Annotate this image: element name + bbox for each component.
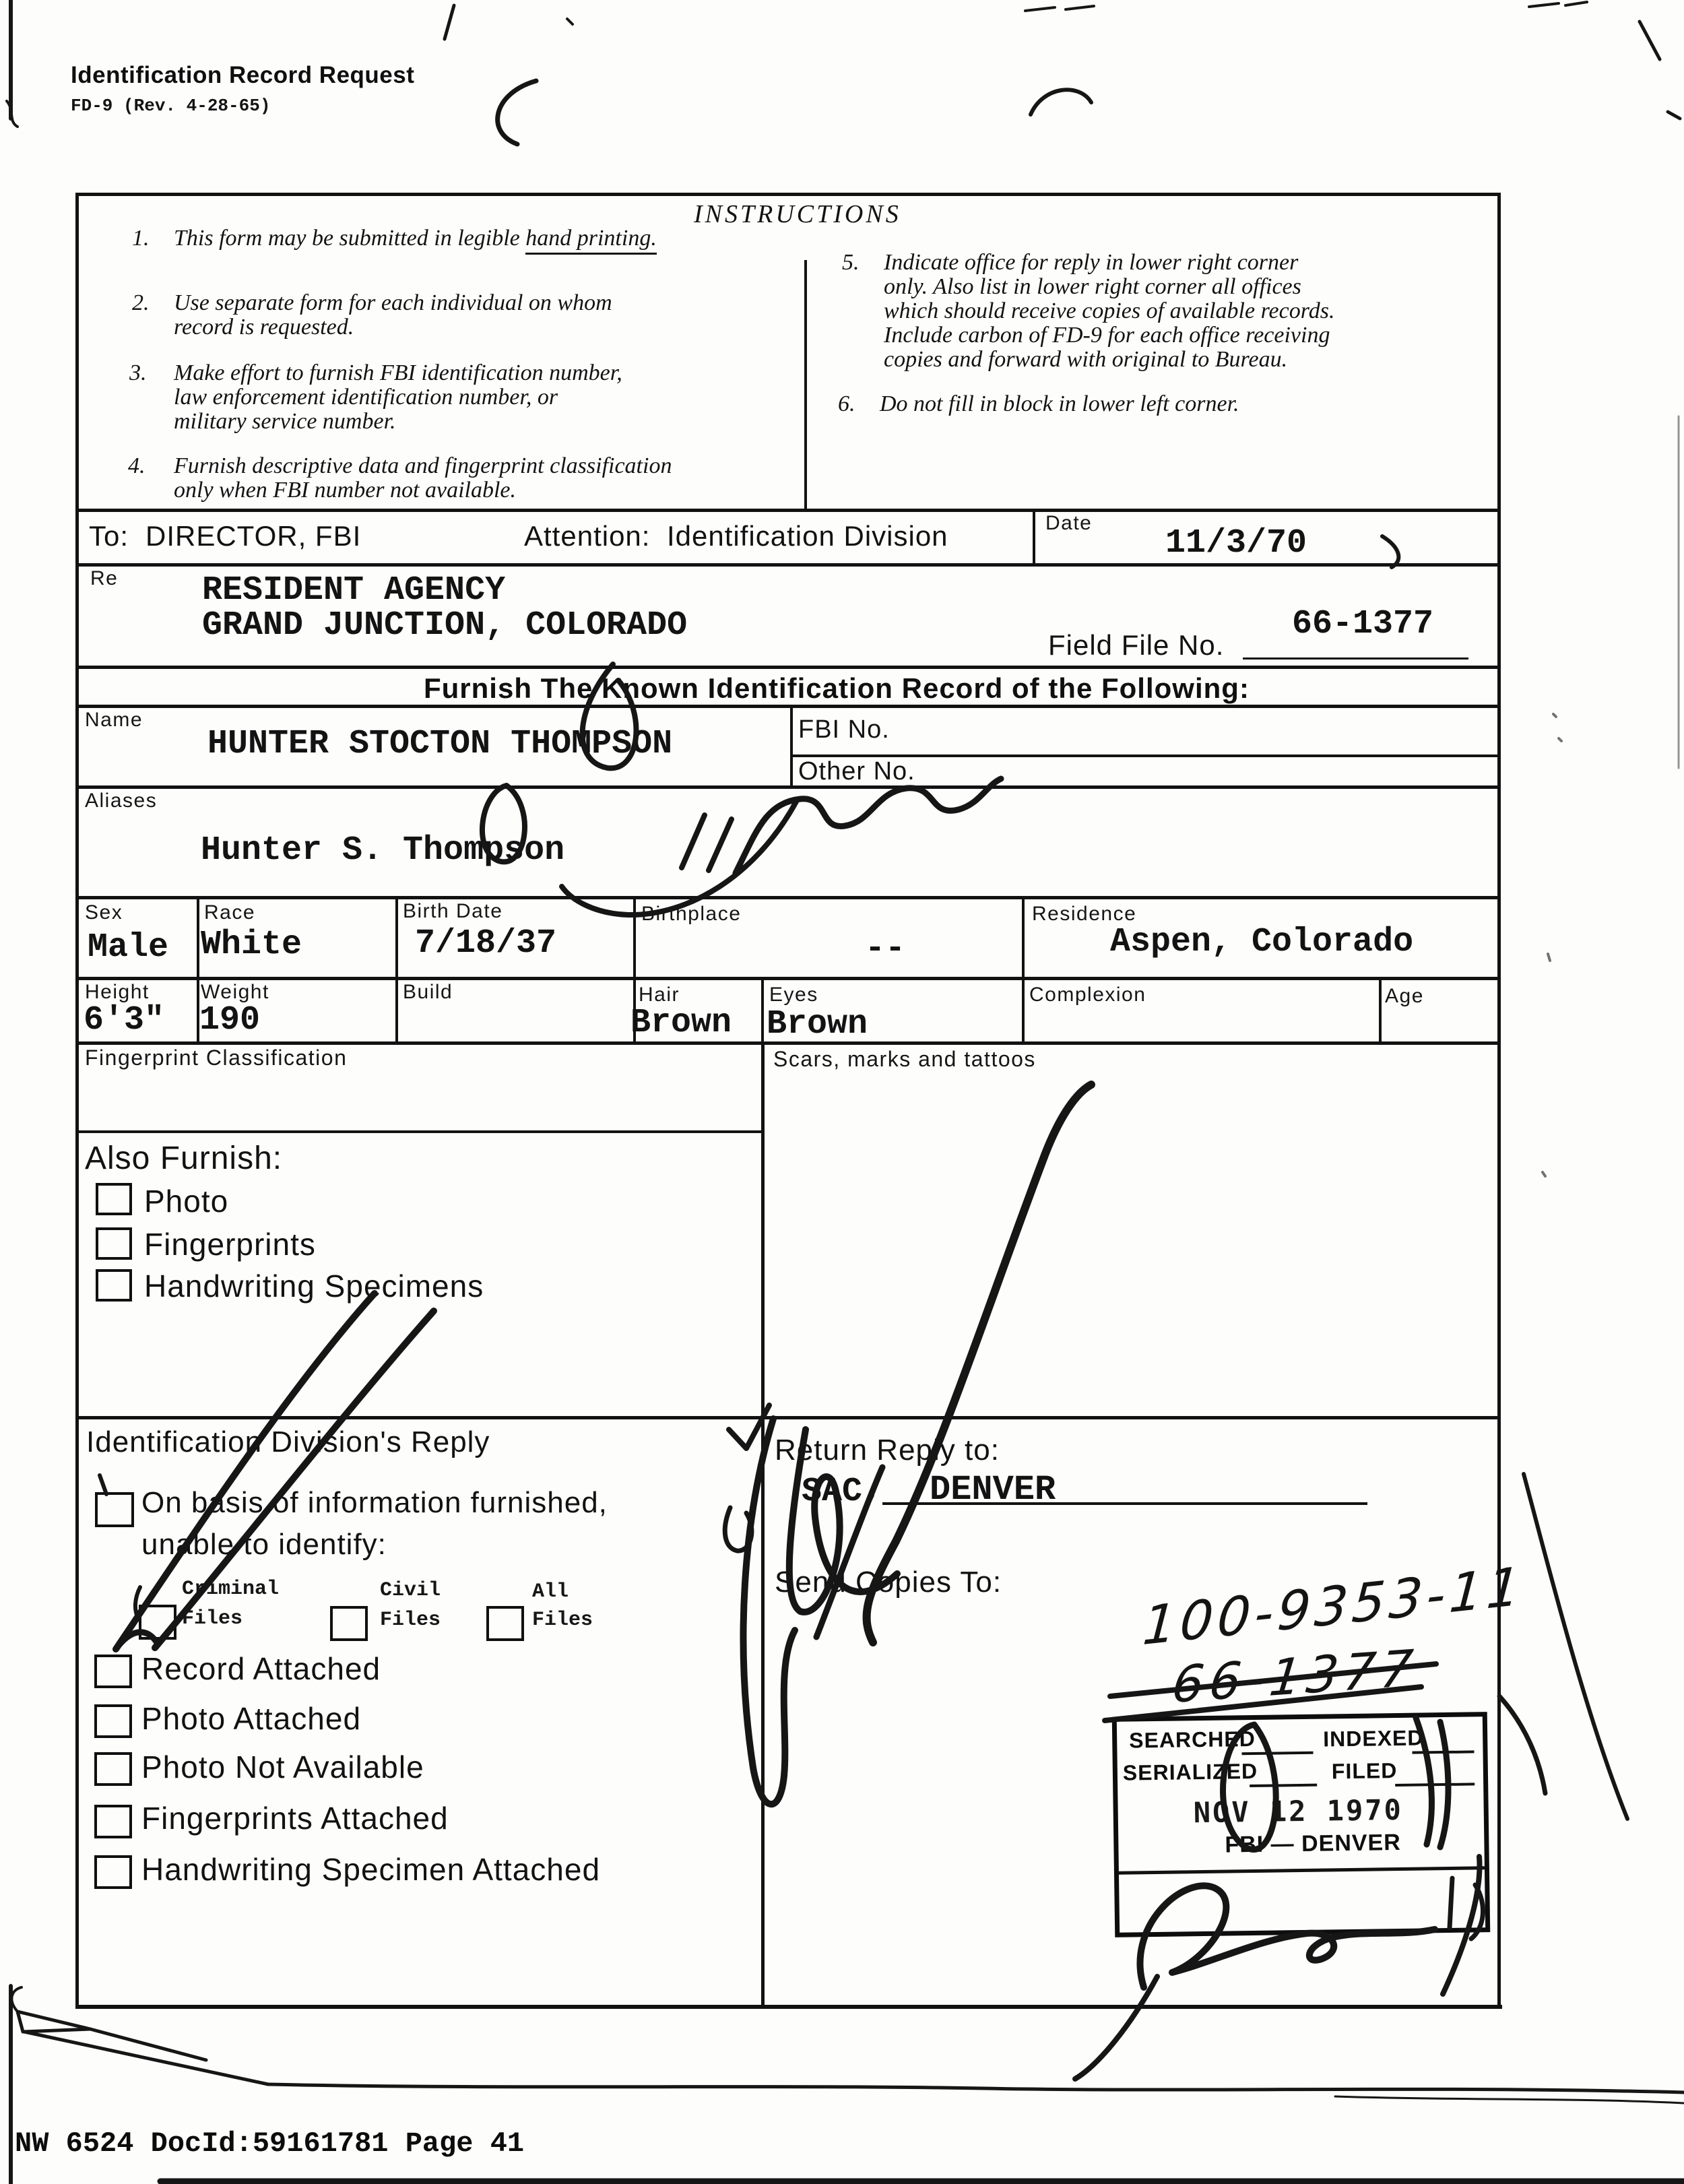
handwritten-file-number: 100-9353-11 bbox=[1140, 1556, 1526, 1658]
signature-jones-tail-left bbox=[1075, 1977, 1157, 2079]
name-cell-divider bbox=[790, 705, 793, 788]
return-reply-label: Return Reply to: bbox=[775, 1434, 1000, 1467]
instruction-1-text: This form may be submitted in legible ha… bbox=[174, 226, 657, 251]
birthplace-residence-divider bbox=[1022, 896, 1025, 978]
fingerprints-checkbox-label: Fingerprints bbox=[144, 1226, 316, 1262]
hair-eyes-divider bbox=[761, 977, 764, 1043]
eyes-value: Brown bbox=[767, 1005, 868, 1043]
residence-label: Residence bbox=[1032, 903, 1136, 926]
complexion-label: Complexion bbox=[1029, 984, 1146, 1006]
pen-long-right-stroke bbox=[1524, 1474, 1627, 1819]
pen-small-loop bbox=[725, 1508, 752, 1551]
to-value: DIRECTOR, FBI bbox=[145, 520, 361, 552]
pen-tick-top bbox=[445, 5, 454, 39]
birthplace-label: Birthplace bbox=[641, 903, 741, 926]
handwriting-specimen-attached-label: Handwriting Specimen Attached bbox=[141, 1851, 600, 1888]
birth-date-label: Birth Date bbox=[403, 900, 503, 923]
pen-long-center-stroke bbox=[867, 1085, 1091, 1642]
field-file-value: 66-1377 bbox=[1292, 605, 1433, 643]
signature-sac-stroke-1 bbox=[744, 1419, 795, 1804]
pen-dot-top bbox=[567, 19, 573, 24]
aliases-row-bottom-border bbox=[75, 896, 1501, 899]
form-border-bottom bbox=[75, 2005, 1502, 2009]
fingerprint-cell-bottom-border bbox=[75, 1130, 764, 1133]
height-row-bottom-border bbox=[75, 1041, 1501, 1045]
instruction-2-number: 2. bbox=[132, 291, 150, 315]
sex-race-divider bbox=[197, 896, 199, 978]
stamp-searched-label: SEARCHED bbox=[1129, 1727, 1256, 1754]
pen-curve-right-of-stamp bbox=[1499, 1696, 1545, 1793]
stamp-filed-label: FILED bbox=[1332, 1758, 1398, 1784]
stamp-filed-line bbox=[1395, 1782, 1475, 1787]
height-value: 6'3" bbox=[84, 1001, 164, 1039]
paper-fold-hook bbox=[11, 1987, 22, 2012]
civil-files-checkbox bbox=[330, 1606, 368, 1641]
send-copies-label: Send Copies To: bbox=[775, 1566, 1002, 1599]
paper-fold-lines bbox=[24, 2029, 268, 2084]
sex-label: Sex bbox=[85, 901, 123, 924]
instructions-divider bbox=[804, 260, 807, 510]
all-label: All bbox=[532, 1580, 569, 1603]
name-value: HUNTER STOCTON THOMPSON bbox=[207, 725, 672, 763]
name-label: Name bbox=[85, 709, 143, 732]
stamp-inner-line bbox=[1119, 1866, 1485, 1875]
aliases-value: Hunter S. Thompson bbox=[201, 831, 564, 870]
instruction-4-number: 4. bbox=[128, 454, 145, 478]
instruction-3-number: 3. bbox=[129, 361, 147, 385]
record-attached-label: Record Attached bbox=[141, 1650, 381, 1687]
instruction-6-text: Do not fill in block in lower left corne… bbox=[880, 392, 1239, 416]
re-label: Re bbox=[90, 567, 118, 590]
instruction-4-text: Furnish descriptive data and fingerprint… bbox=[174, 454, 672, 503]
sac-value: SAC, bbox=[802, 1473, 882, 1511]
fingerprints-checkbox bbox=[96, 1227, 132, 1260]
to-label: To: bbox=[89, 520, 129, 552]
birthplace-value: -- bbox=[865, 930, 905, 968]
eyes-label: Eyes bbox=[769, 984, 818, 1006]
photo-checkbox-label: Photo bbox=[144, 1183, 228, 1219]
instruction-5-text: Indicate office for reply in lower right… bbox=[884, 251, 1334, 372]
photo-attached-label: Photo Attached bbox=[141, 1700, 361, 1737]
all-files-label: Files bbox=[532, 1609, 593, 1632]
banner-bottom-border bbox=[75, 705, 1501, 708]
handwriting-specimens-checkbox-label: Handwriting Specimens bbox=[144, 1268, 484, 1304]
birthdate-birthplace-divider bbox=[633, 896, 636, 978]
age-label: Age bbox=[1385, 985, 1424, 1008]
paper-bottom-edge-2 bbox=[1335, 2096, 1684, 2103]
handwriting-specimen-attached-checkbox bbox=[94, 1855, 132, 1889]
criminal-files-label: Files bbox=[182, 1607, 242, 1630]
center-column-divider bbox=[761, 1041, 765, 2008]
instruction-1-underlined: hand printing. bbox=[525, 226, 657, 255]
stamp-office: FBI — DENVER bbox=[1225, 1830, 1401, 1859]
stamp-serialized-label: SERIALIZED bbox=[1123, 1759, 1258, 1786]
pen-arc-top-left bbox=[498, 81, 536, 144]
photo-checkbox bbox=[96, 1183, 132, 1215]
instruction-1-pre: This form may be submitted in legible bbox=[174, 226, 525, 251]
attention-value: Identification Division bbox=[667, 520, 948, 552]
field-file-label: Field File No. bbox=[1048, 629, 1224, 662]
name-row-bottom-border bbox=[75, 785, 1501, 789]
instruction-6-number: 6. bbox=[838, 392, 855, 416]
photo-not-available-label: Photo Not Available bbox=[141, 1749, 424, 1785]
aliases-label: Aliases bbox=[85, 790, 157, 812]
scars-label: Scars, marks and tattoos bbox=[773, 1047, 1036, 1072]
criminal-files-checkbox bbox=[139, 1605, 176, 1640]
form-border-left bbox=[75, 193, 79, 2008]
footer-doc-id: NW 6524 DocId:59161781 Page 41 bbox=[15, 2127, 524, 2160]
reply-section-top-border bbox=[75, 1416, 1501, 1419]
date-cell-divider bbox=[1033, 509, 1035, 566]
scan-specks-right bbox=[1543, 714, 1561, 1176]
build-label: Build bbox=[403, 981, 453, 1004]
stamp-searched-line bbox=[1241, 1752, 1313, 1755]
form-border-top bbox=[75, 193, 1501, 196]
on-basis-checkbox bbox=[95, 1492, 134, 1527]
also-furnish-title: Also Furnish: bbox=[85, 1140, 282, 1177]
reply-title: Identification Division's Reply bbox=[86, 1425, 490, 1459]
record-attached-checkbox bbox=[94, 1655, 132, 1688]
re-line1: RESIDENT AGENCY bbox=[202, 571, 505, 610]
instruction-2-text: Use separate form for each individual on… bbox=[174, 291, 612, 340]
sex-value: Male bbox=[88, 928, 168, 967]
paper-bottom-edge bbox=[268, 2084, 1684, 2092]
to-row-top-border bbox=[75, 509, 1501, 512]
birth-date-value: 7/18/37 bbox=[415, 924, 556, 963]
form-number: FD-9 (Rev. 4-28-65) bbox=[71, 96, 270, 116]
height-label: Height bbox=[85, 981, 150, 1004]
scan-dashes-top bbox=[1025, 2, 1587, 11]
pen-marks-eleven bbox=[682, 815, 732, 870]
stamp-indexed-label: INDEXED bbox=[1323, 1725, 1424, 1752]
hair-value: Brown bbox=[630, 1004, 732, 1042]
fbi-no-label: FBI No. bbox=[798, 715, 890, 744]
photo-attached-checkbox bbox=[94, 1704, 132, 1738]
weight-label: Weight bbox=[201, 981, 269, 1004]
instruction-1-number: 1. bbox=[132, 226, 150, 251]
re-row-bottom-border bbox=[75, 666, 1501, 669]
race-label: Race bbox=[204, 901, 255, 924]
date-label: Date bbox=[1045, 512, 1092, 535]
attention-label: Attention: bbox=[524, 520, 650, 552]
civil-files-label: Files bbox=[380, 1609, 441, 1632]
stamp-indexed-line bbox=[1412, 1750, 1474, 1754]
stamp-date: NOV 12 1970 bbox=[1193, 1793, 1403, 1829]
furnish-banner: Furnish The Known Identification Record … bbox=[424, 672, 1250, 705]
scanned-fd9-form-page: Identification Record Request FD-9 (Rev.… bbox=[0, 0, 1684, 2184]
instructions-title: INSTRUCTIONS bbox=[694, 202, 901, 226]
scan-marks-top-right bbox=[1640, 22, 1680, 119]
re-line2: GRAND JUNCTION, COLORADO bbox=[202, 606, 687, 645]
pen-arc-top-right bbox=[1031, 90, 1091, 115]
on-basis-line2: unable to identify: bbox=[141, 1528, 387, 1562]
fingerprints-attached-label: Fingerprints Attached bbox=[141, 1800, 449, 1836]
instruction-5-number: 5. bbox=[842, 251, 860, 275]
handwriting-specimens-checkbox bbox=[96, 1269, 132, 1302]
all-files-checkbox bbox=[486, 1606, 524, 1641]
residence-value: Aspen, Colorado bbox=[1110, 923, 1413, 961]
complexion-age-divider bbox=[1379, 977, 1382, 1043]
paper-fold-triangle bbox=[18, 2012, 90, 2032]
fbi-denver-date-stamp: SEARCHED INDEXED SERIALIZED FILED NOV 12… bbox=[1112, 1712, 1491, 1937]
sex-row-bottom-border bbox=[75, 977, 1501, 980]
office-underline bbox=[882, 1502, 1367, 1505]
pen-scrawl-aliases bbox=[736, 779, 1001, 873]
on-basis-line1: On basis of information furnished, bbox=[141, 1486, 608, 1520]
page-title: Identification Record Request bbox=[71, 62, 414, 89]
stamp-serialized-line bbox=[1250, 1784, 1317, 1787]
criminal-label: Criminal bbox=[182, 1578, 279, 1601]
race-birthdate-divider bbox=[395, 896, 398, 978]
fingerprint-classification-label: Fingerprint Classification bbox=[85, 1046, 347, 1070]
other-no-label: Other No. bbox=[798, 757, 915, 786]
scan-squiggle-left bbox=[7, 101, 18, 127]
weight-build-divider bbox=[395, 977, 398, 1043]
fingerprints-attached-checkbox bbox=[94, 1805, 132, 1838]
civil-label: Civil bbox=[380, 1579, 441, 1602]
to-row-bottom-border bbox=[75, 563, 1501, 567]
weight-value: 190 bbox=[199, 1001, 260, 1039]
field-file-underline bbox=[1243, 657, 1468, 660]
photo-not-available-checkbox bbox=[94, 1752, 132, 1786]
hair-label: Hair bbox=[639, 984, 680, 1006]
eyes-complexion-divider bbox=[1022, 977, 1025, 1043]
date-value: 11/3/70 bbox=[1165, 524, 1307, 563]
race-value: White bbox=[201, 926, 302, 964]
instruction-3-text: Make effort to furnish FBI identificatio… bbox=[174, 361, 622, 434]
form-border-right bbox=[1497, 193, 1501, 2008]
